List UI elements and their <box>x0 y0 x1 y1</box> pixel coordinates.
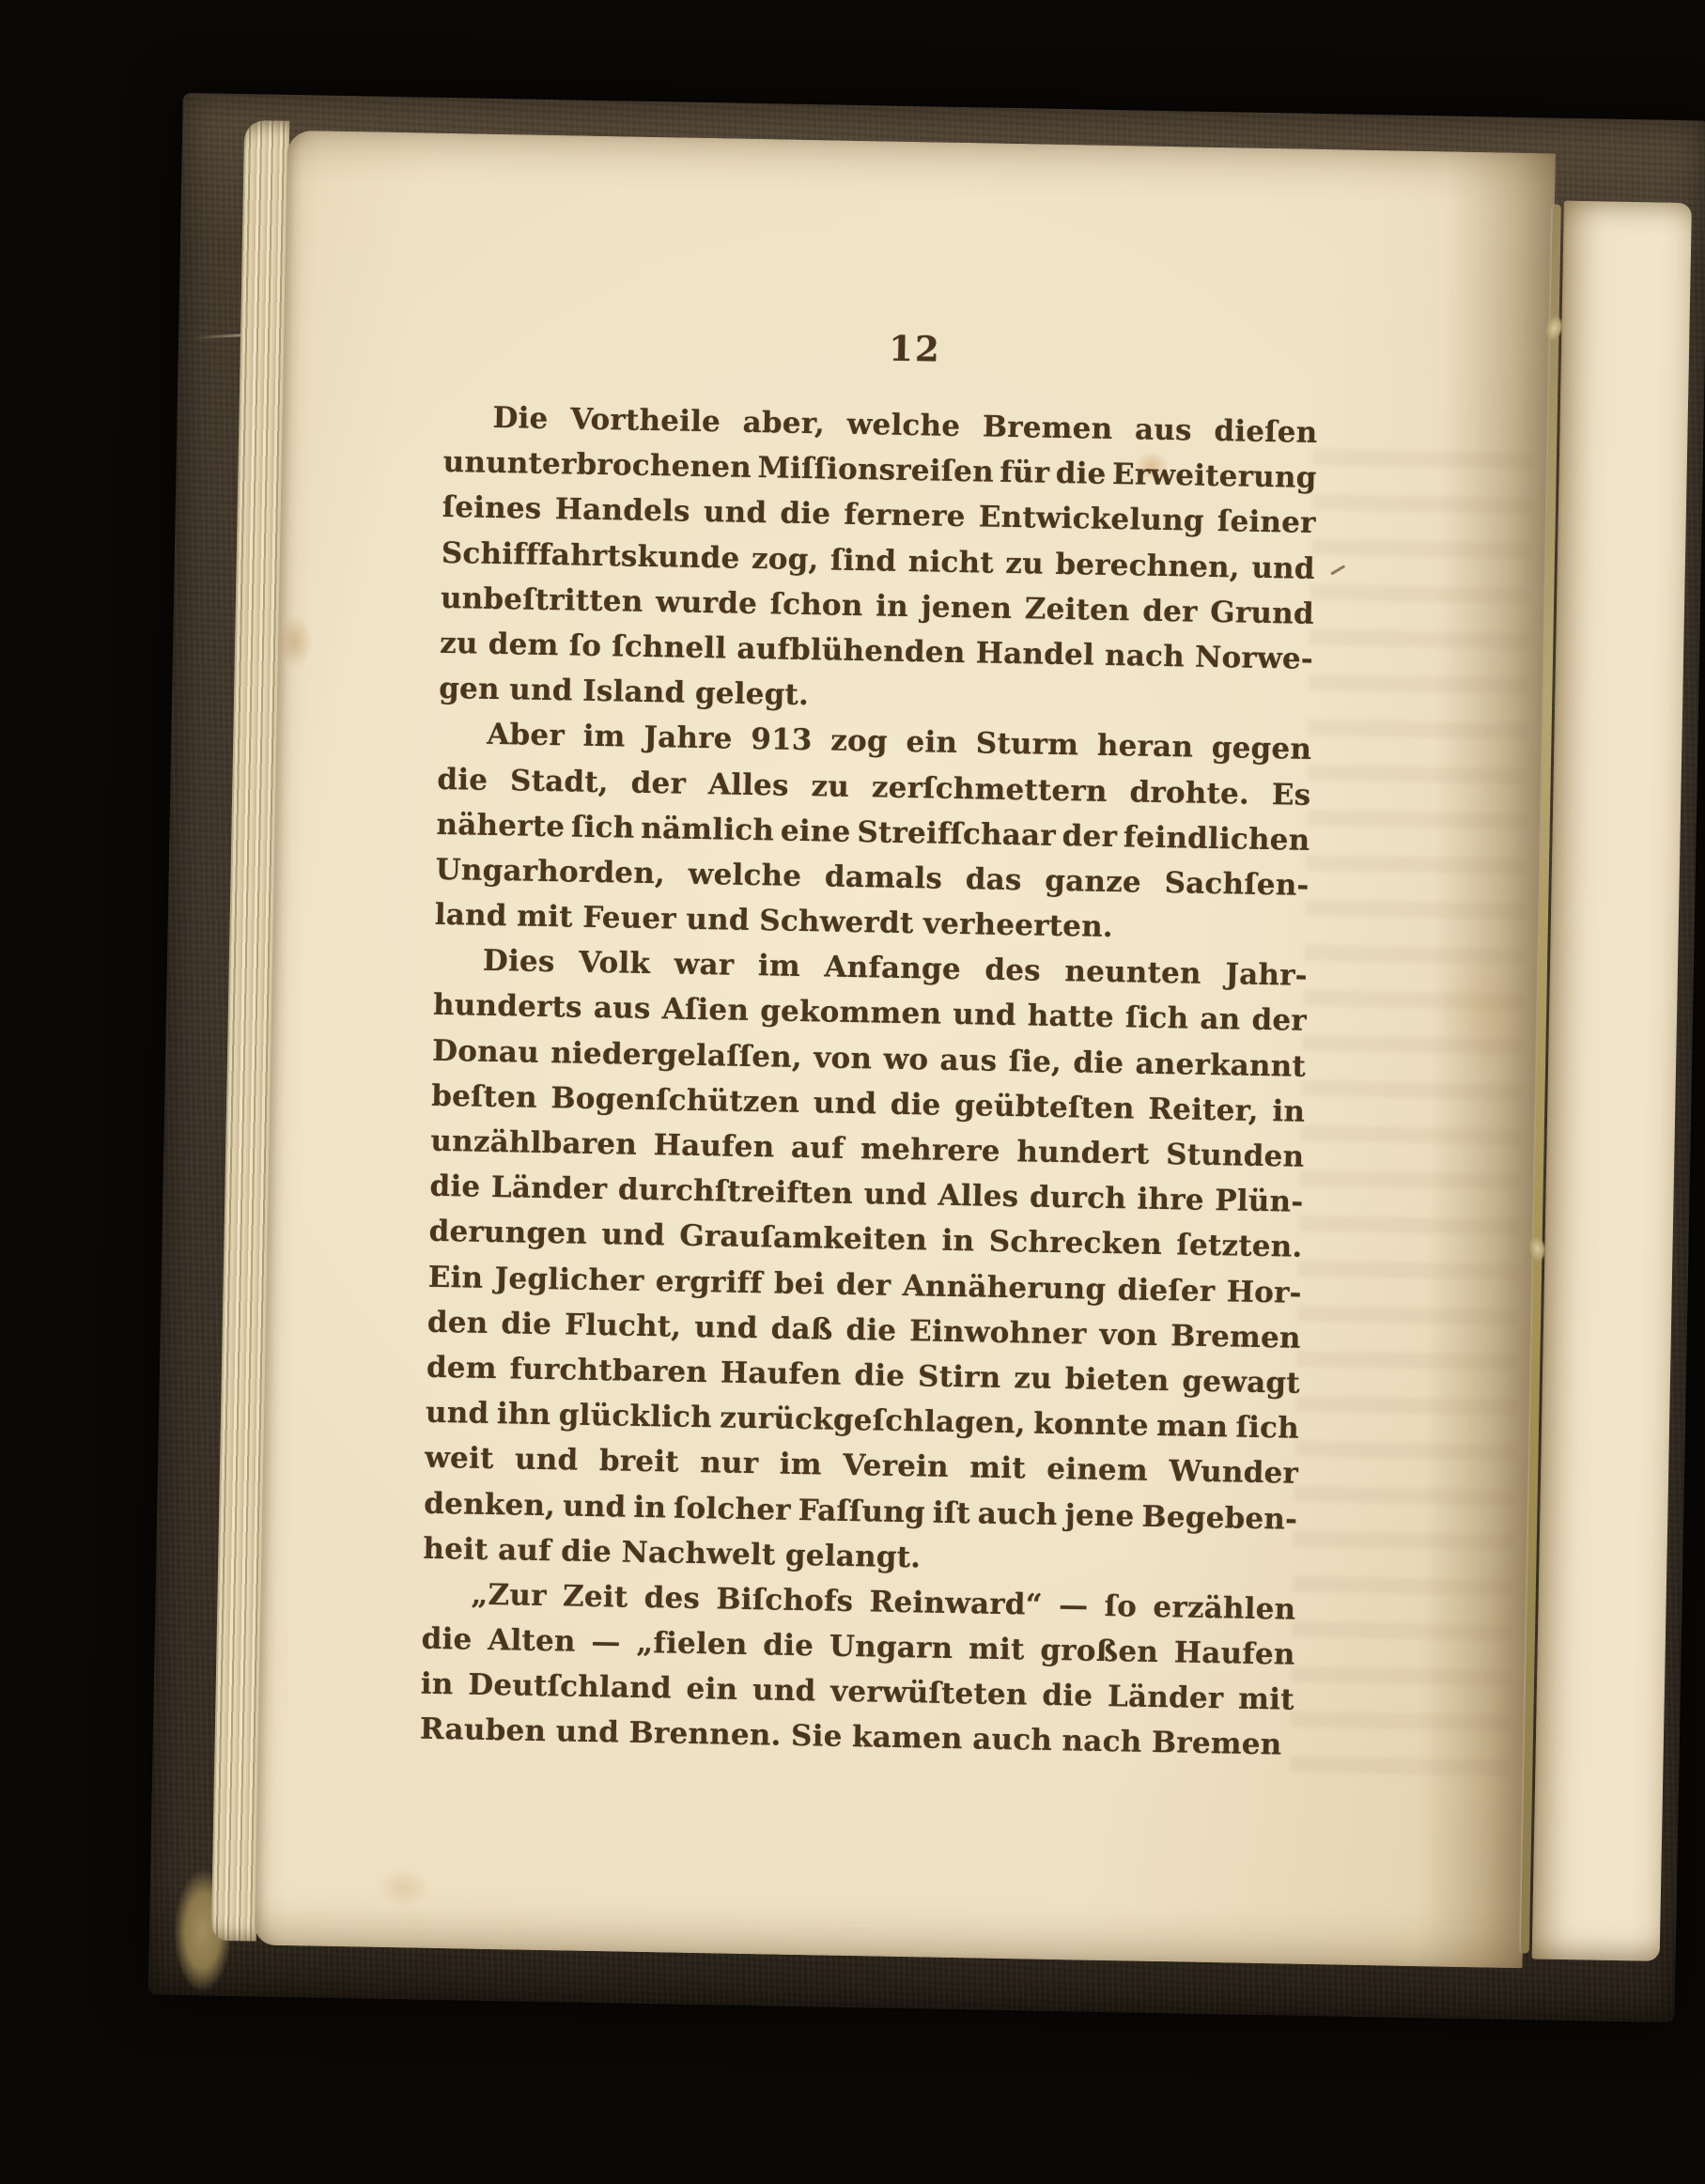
foxing-stain <box>365 1861 442 1914</box>
photo-background: 12 DieVortheileaber,welcheBremenausdieſe… <box>0 0 1705 2184</box>
showthrough-ghost-text <box>1289 448 1534 1776</box>
foxing-stain <box>271 608 318 676</box>
book: 12 DieVortheileaber,welcheBremenausdieſe… <box>148 93 1705 2022</box>
page-text: DieVortheileaber,welcheBremenausdieſenun… <box>419 400 1317 1774</box>
book-page: 12 DieVortheileaber,welcheBremenausdieſe… <box>255 131 1556 1968</box>
page-number: 12 <box>445 319 1318 377</box>
